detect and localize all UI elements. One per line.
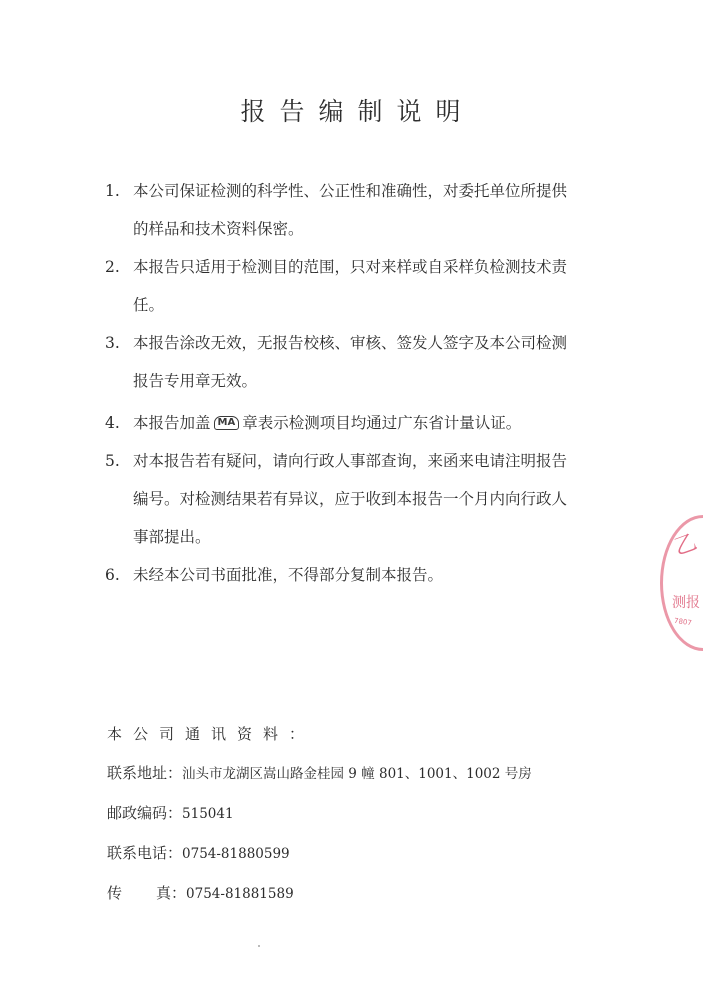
address-value: 汕头市龙湖区嵩山路金桂园 9 幢 801、1001、1002 号房 (182, 766, 532, 782)
clause-text-line: 本报告加盖MA章表示检测项目均通过广东省计量认证。 (133, 404, 645, 442)
clause-text-line: 编号。对检测结果若有异议，应于收到本报告一个月内向行政人 (133, 480, 645, 518)
clause-text-line: 任。 (133, 286, 645, 324)
clause-text-line: 事部提出。 (133, 518, 645, 556)
clause-text-line: 的样品和技术资料保密。 (133, 210, 645, 248)
clause-number: 4. (105, 404, 120, 442)
contact-postcode-row: 邮政编码：515041 (107, 803, 607, 824)
cma-mark-icon: MA (214, 416, 240, 430)
postcode-value: 515041 (182, 806, 234, 822)
contact-address-row: 联系地址：汕头市龙湖区嵩山路金桂园 9 幢 801、1001、1002 号房 (107, 763, 607, 784)
clause-text-line: 本公司保证检测的科学性、公正性和准确性，对委托单位所提供 (133, 172, 645, 210)
clause-number: 1. (105, 172, 120, 210)
clause-number: 2. (105, 248, 120, 286)
phone-label: 联系电话： (107, 843, 182, 863)
contact-phone-row: 联系电话：0754-81880599 (107, 843, 607, 864)
clause-number: 3. (105, 324, 120, 362)
clause-2: 2. 本报告只适用于检测目的范围，只对来样或自采样负检测技术责 任。 (105, 248, 645, 324)
seal-stamp-text: 测报 (672, 592, 700, 612)
clause-text-line: 对本报告若有疑问，请向行政人事部查询，来函来电请注明报告 (133, 442, 645, 480)
clause-4: 4. 本报告加盖MA章表示检测项目均通过广东省计量认证。 (105, 404, 645, 442)
clause-number: 6. (105, 556, 120, 594)
clause-3: 3. 本报告涂改无效，无报告校核、审核、签发人签字及本公司检测 报告专用章无效。 (105, 324, 645, 400)
contact-heading: 本公司通讯资料： (107, 724, 607, 744)
fax-value: 0754-81881589 (186, 886, 294, 902)
clause-text-line: 报告专用章无效。 (133, 362, 645, 400)
clause-text-line: 本报告只适用于检测目的范围，只对来样或自采样负检测技术责 (133, 248, 645, 286)
clause-1: 1. 本公司保证检测的科学性、公正性和准确性，对委托单位所提供 的样品和技术资料… (105, 172, 645, 248)
document-page: 报告编制说明 1. 本公司保证检测的科学性、公正性和准确性，对委托单位所提供 的… (0, 0, 703, 993)
fax-label-part2: 真： (156, 883, 186, 903)
fax-label-part1: 传 (107, 883, 156, 903)
clause-text-line: 本报告涂改无效，无报告校核、审核、签发人签字及本公司检测 (133, 324, 645, 362)
postcode-label: 邮政编码： (107, 803, 182, 823)
clause-6: 6. 未经本公司书面批准，不得部分复制本报告。 (105, 556, 645, 594)
contact-fax-row: 传真：0754-81881589 (107, 883, 607, 904)
clause-number: 5. (105, 442, 120, 480)
scan-artifact (258, 945, 260, 947)
page-title: 报告编制说明 (0, 92, 703, 128)
clause-list: 1. 本公司保证检测的科学性、公正性和准确性，对委托单位所提供 的样品和技术资料… (105, 172, 645, 594)
address-label: 联系地址： (107, 763, 182, 783)
clause-text: 章表示检测项目均通过广东省计量认证。 (242, 414, 521, 432)
clause-5: 5. 对本报告若有疑问，请向行政人事部查询，来函来电请注明报告 编号。对检测结果… (105, 442, 645, 556)
clause-text-line: 未经本公司书面批准，不得部分复制本报告。 (133, 556, 645, 594)
clause-text: 本报告加盖 (133, 414, 211, 432)
contact-info: 本公司通讯资料： 联系地址：汕头市龙湖区嵩山路金桂园 9 幢 801、1001、… (107, 724, 607, 923)
phone-value: 0754-81880599 (182, 846, 290, 862)
